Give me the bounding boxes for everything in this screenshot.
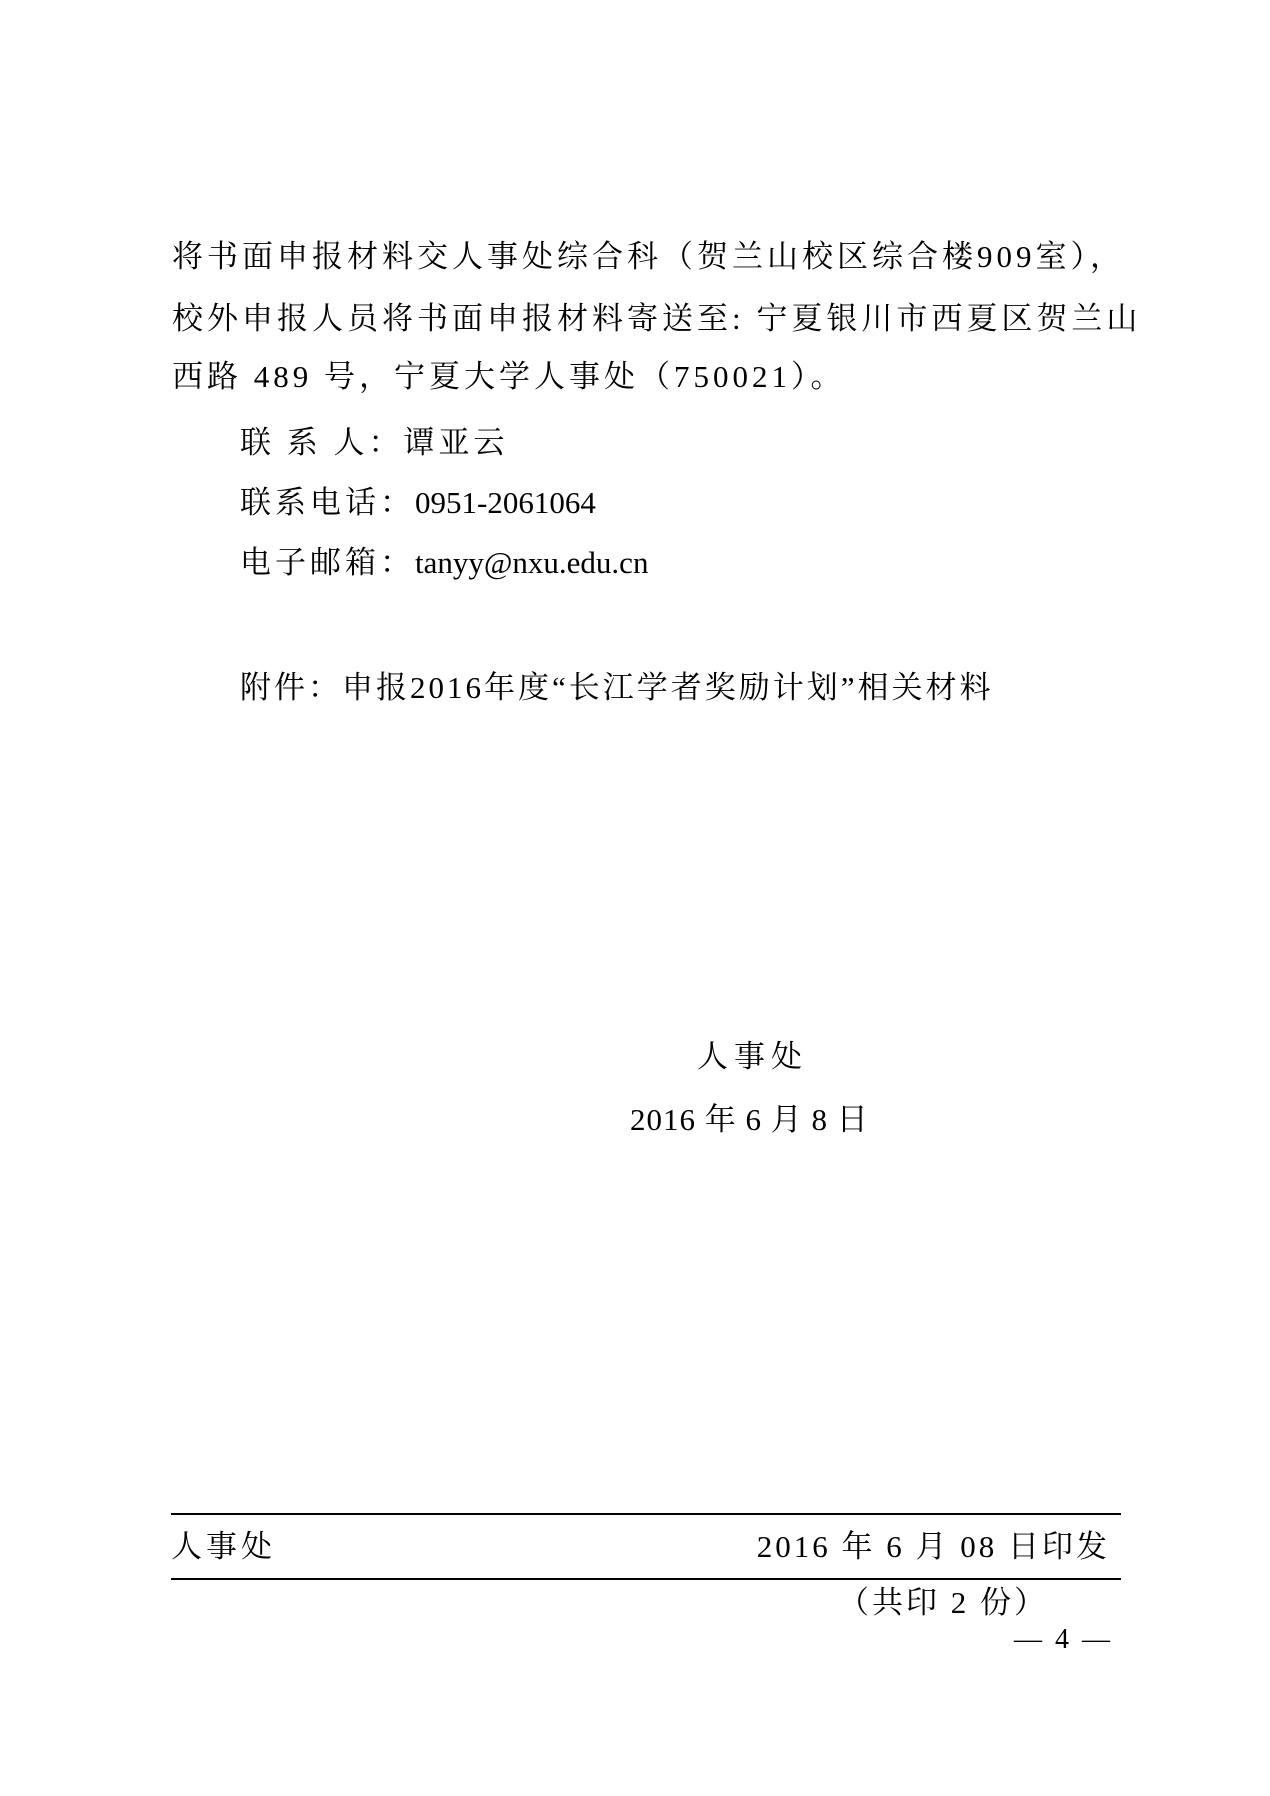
contact-phone: 联系电话：0951-2061064 <box>240 483 596 523</box>
contact-person: 联 系 人：谭亚云 <box>240 423 509 463</box>
contact-email: 电子邮箱：tanyy@nxu.edu.cn <box>240 543 648 583</box>
attachment-line: 附件：申报2016年度“长江学者奖励计划”相关材料 <box>240 668 994 708</box>
paragraph-line-1: 将书面申报材料交人事处综合科（贺兰山校区综合楼909室）， <box>172 237 1112 277</box>
contact-phone-value: 0951-2061064 <box>415 485 596 520</box>
footer-bottom-rule <box>171 1578 1121 1580</box>
signature-date: 2016 年 6 月 8 日 <box>630 1100 869 1140</box>
paragraph-line-2: 校外申报人员将书面申报材料寄送至: 宁夏银川市西夏区贺兰山 <box>172 299 1112 339</box>
contact-email-label: 电子邮箱： <box>240 545 415 580</box>
page-number: — 4 — <box>1014 1620 1113 1660</box>
paragraph-line-3: 西路 489 号，宁夏大学人事处（750021）。 <box>172 357 846 397</box>
footer-issue-date: 2016 年 6 月 08 日印发 <box>757 1527 1110 1567</box>
document-page: 将书面申报材料交人事处综合科（贺兰山校区综合楼909室）， 校外申报人员将书面申… <box>0 0 1270 1796</box>
footer-copies: （共印 2 份） <box>838 1583 1048 1623</box>
contact-email-value: tanyy@nxu.edu.cn <box>415 545 648 580</box>
contact-person-value: 谭亚云 <box>404 425 509 460</box>
signature-department: 人事处 <box>697 1037 808 1077</box>
contact-phone-label: 联系电话： <box>240 485 415 520</box>
footer-issuer: 人事处 <box>171 1527 276 1567</box>
contact-person-label: 联 系 人： <box>240 425 404 460</box>
footer-top-rule <box>171 1513 1121 1515</box>
